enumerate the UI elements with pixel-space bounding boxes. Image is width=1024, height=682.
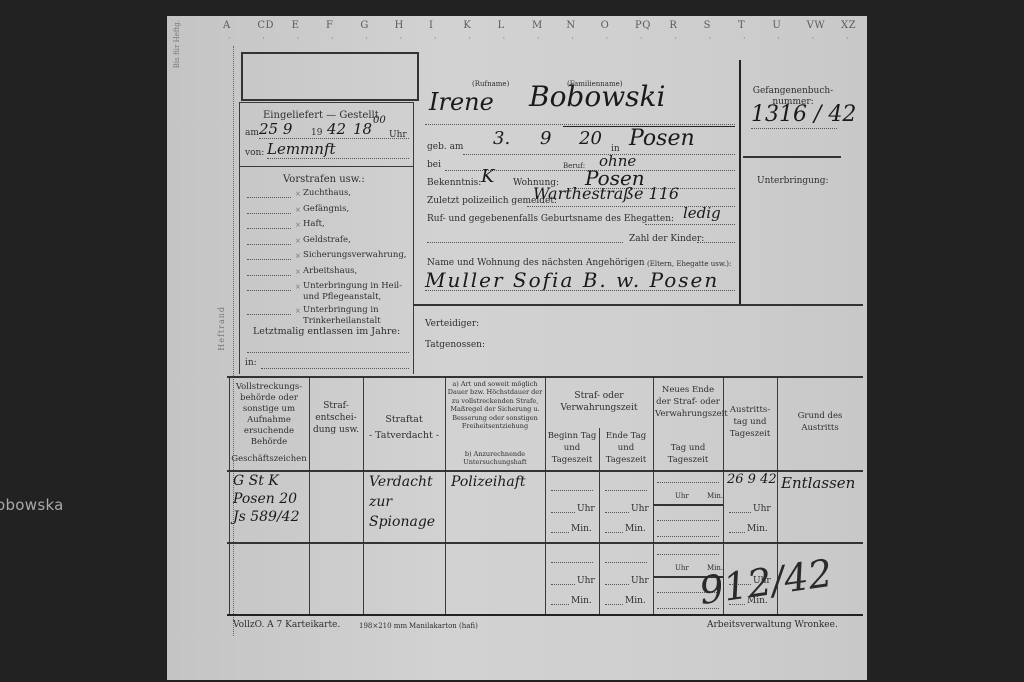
- min-label: Min.: [571, 524, 592, 534]
- header-dauer-a: a) Art und soweit möglich Dauer bzw. Höc…: [447, 380, 543, 430]
- geb-day: 3.: [493, 128, 510, 149]
- prior-title: Vorstrafen usw.:: [283, 174, 365, 185]
- uhr-label: Uhr: [631, 504, 649, 514]
- intake-year: 42: [327, 120, 346, 138]
- alpha-tab-u: U: [772, 20, 781, 31]
- min-label: Min.: [625, 524, 646, 534]
- row-behoerde: G St K Posen 20 Js 589/42: [233, 472, 307, 526]
- alpha-tab-l: L: [498, 20, 505, 31]
- tatgenossen-label: Tatgenossen:: [425, 340, 485, 350]
- header-straftat: Straftat: [365, 414, 443, 425]
- alpha-tab-o: O: [601, 20, 610, 31]
- familienname-value: Bobowski: [529, 80, 665, 113]
- header-neues-ende-sub: Tag und Tageszeit: [655, 442, 721, 466]
- intake-time-hour: 18: [353, 120, 372, 138]
- bekenntnis-value: K: [481, 166, 494, 187]
- uhr-short: Uhr: [675, 564, 689, 572]
- angehoerige-sub-label: (Eltern, Ehegatte usw.):: [647, 260, 731, 268]
- alpha-tab-f: F: [326, 20, 333, 31]
- bei-label: bei: [427, 160, 441, 170]
- photo-label-box: [241, 52, 419, 101]
- header-entscheidung: Straf-entschei-dung usw.: [311, 400, 361, 436]
- geb-year: 20: [579, 128, 602, 149]
- unterbringung-label: Unterbringung:: [757, 176, 829, 186]
- administration: Arbeitsverwaltung Wronkee.: [707, 620, 838, 630]
- row-dauer: Polizeihaft: [451, 474, 526, 490]
- angehoerige-value: Muller Sofia B. w. Posen: [425, 268, 719, 292]
- intake-date: 25 9: [259, 120, 292, 138]
- header-grund: Grund des Austritts: [779, 410, 861, 434]
- margin-dotted-line: [233, 46, 234, 636]
- alpha-tab-e: E: [292, 20, 300, 31]
- row-austritt-date: 26 9 42: [727, 472, 777, 487]
- alpha-tab-xz: XZ: [841, 20, 856, 31]
- alpha-tab-vw: VW: [807, 20, 826, 31]
- geb-label: geb. am: [427, 142, 463, 152]
- uhr-short: Uhr: [675, 492, 689, 500]
- intake-von-value: Lemmnft: [267, 140, 336, 158]
- min-label: Min.: [747, 524, 768, 534]
- geb-month: 9: [540, 128, 551, 149]
- min-short: Min.: [707, 492, 723, 500]
- form-size: 198×210 mm: [359, 622, 407, 630]
- intake-uhr-label: Uhr: [389, 130, 407, 140]
- alpha-tab-cd: CD: [257, 20, 274, 31]
- row-straftat: Verdacht zur Spionage: [369, 472, 443, 532]
- header-geschaeftszeichen: Geschäftszeichen: [231, 454, 307, 465]
- geb-place: Posen: [629, 126, 695, 151]
- uhr-label: Uhr: [577, 576, 595, 586]
- header-beginn: Beginn Tag und Tageszeit: [547, 430, 597, 466]
- side-label-top: Bis für Heftg.: [173, 20, 181, 68]
- ehegatte-value: ledig: [683, 204, 721, 222]
- header-neues-ende: Neues Ende der Straf- oder Verwahrungsze…: [655, 384, 721, 420]
- alpha-tab-h: H: [395, 20, 404, 31]
- rufname-value: Irene: [429, 88, 494, 116]
- header-ende: Ende Tag und Tageszeit: [601, 430, 651, 466]
- uhr-label: Uhr: [577, 504, 595, 514]
- intake-year-prefix: 19: [311, 128, 322, 138]
- header-behoerde: Vollstreckungs-behörde oder sonstige um …: [231, 382, 307, 448]
- last-release-label: Letztmalig entlassen im Jahre:: [253, 326, 400, 337]
- alpha-tab-t: T: [738, 20, 745, 31]
- ehegatte-label: Ruf- und gegebenenfalls Geburtsname des …: [427, 214, 674, 224]
- alpha-tab-m: M: [532, 20, 543, 31]
- header-austritt: Austritts-tag und Tageszeit: [725, 404, 775, 440]
- in-label: in:: [245, 358, 257, 368]
- verteidiger-label: Verteidiger:: [425, 319, 479, 329]
- alpha-tab-n: N: [566, 20, 575, 31]
- min-label: Min.: [571, 596, 592, 606]
- intake-time-min: 00: [373, 115, 386, 126]
- alpha-tab-a: A: [223, 20, 231, 31]
- intake-von-label: von:: [245, 148, 264, 158]
- alpha-tab-g: G: [360, 20, 369, 31]
- prisoner-index-card: A·CD·E·F·G·H·I·K·L·M·N·O·PQ·R·S·T·U·VW·X…: [167, 16, 867, 680]
- prisoner-book-value: 1316 / 42: [751, 102, 856, 127]
- min-label: Min.: [625, 596, 646, 606]
- uhr-label: Uhr: [753, 504, 771, 514]
- bekenntnis-label: Bekenntnis:: [427, 178, 481, 188]
- alpha-tab-i: I: [429, 20, 433, 31]
- form-id: VollzO. A 7 Karteikarte.: [233, 620, 340, 630]
- uhr-label: Uhr: [631, 576, 649, 586]
- alpha-tab-s: S: [704, 20, 711, 31]
- alpha-tab-k: K: [463, 20, 471, 31]
- kinder-label: Zahl der Kinder:: [629, 234, 704, 244]
- alpha-tab-pq: PQ: [635, 20, 651, 31]
- intake-am-label: am: [245, 128, 259, 138]
- header-dauer-b: b) Anzurechnende Untersuchungshaft: [447, 450, 543, 467]
- rufname-label: (Rufname): [472, 80, 509, 88]
- caption-text: obowska: [0, 496, 64, 514]
- alpha-tab-r: R: [669, 20, 677, 31]
- stamp-number: 912/42: [697, 551, 836, 613]
- header-tatverdacht: - Tatverdacht -: [365, 430, 443, 441]
- side-label-margin: Heftrand: [217, 306, 226, 351]
- beruf-label: Beruf:: [563, 162, 585, 170]
- polizeilich-value: Warthestraße 116: [533, 184, 679, 203]
- header-zeit: Straf- oder Verwahrungszeit: [547, 390, 651, 414]
- form-material: Manilakarton (hafi): [409, 622, 478, 630]
- row-grund: Entlassen: [781, 474, 855, 492]
- angehoerige-label: Name und Wohnung des nächsten Angehörige…: [427, 258, 645, 268]
